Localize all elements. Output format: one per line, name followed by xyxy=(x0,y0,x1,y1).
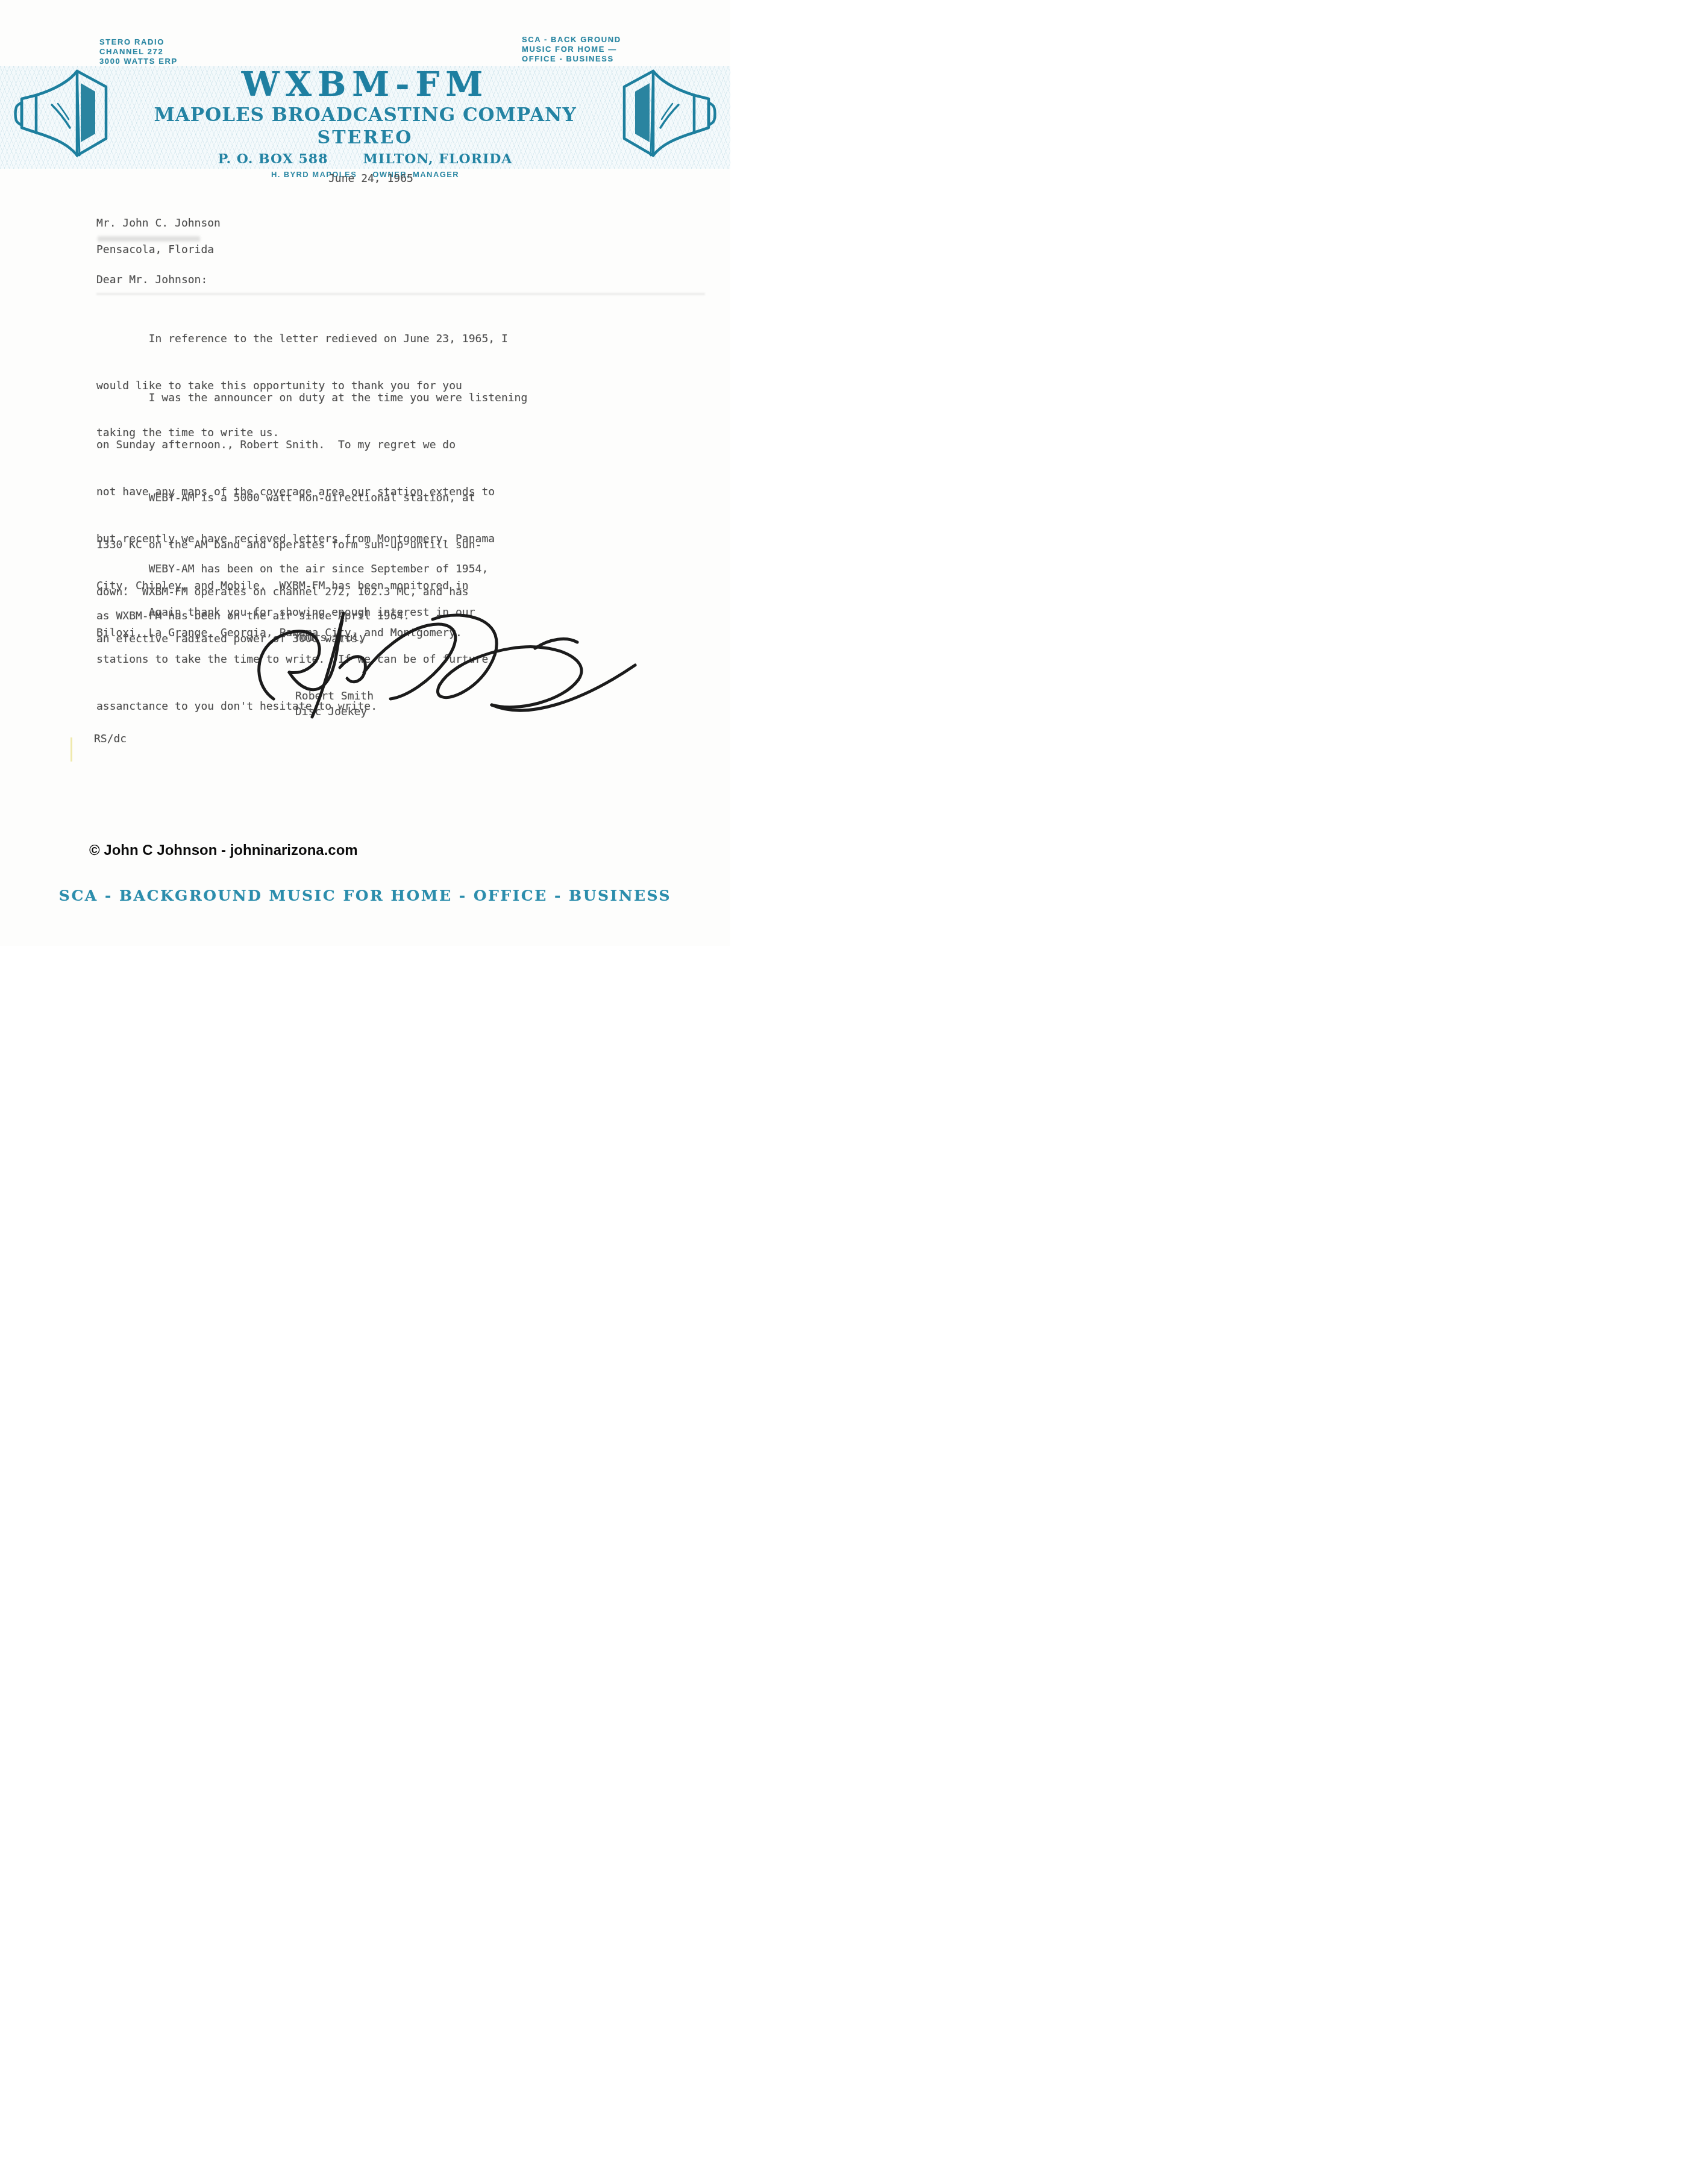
station-address: P. O. BOX 588MILTON, FLORIDA xyxy=(0,152,730,166)
recipient-city: Pensacola, Florida xyxy=(96,242,214,258)
scan-streak xyxy=(96,293,705,295)
letter-page: STERO RADIO CHANNEL 272 3000 WATTS ERP S… xyxy=(0,0,730,946)
handwritten-signature xyxy=(252,610,638,727)
stereo-label: STEREO xyxy=(0,128,730,148)
copyright-watermark: © John C Johnson - johninarizona.com xyxy=(89,842,358,859)
po-box: P. O. BOX 588 xyxy=(218,151,328,167)
letter-date: June 24, 1965 xyxy=(328,171,413,187)
letterhead-top-left: STERO RADIO CHANNEL 272 3000 WATTS ERP xyxy=(99,37,178,66)
salutation: Dear Mr. Johnson: xyxy=(96,272,207,288)
body-line: I was the announcer on duty at the time … xyxy=(96,390,527,406)
letterhead-center: WXBM-FM MAPOLES BROADCASTING COMPANY STE… xyxy=(0,66,730,179)
letterhead-left-line: 3000 WATTS ERP xyxy=(99,57,178,66)
reference-initials: RS/dc xyxy=(94,731,127,747)
body-line: WEBY-AM is a 5000 watt non-directional s… xyxy=(96,490,481,506)
letterhead-right-line: OFFICE - BUSINESS xyxy=(522,54,621,64)
station-title: WXBM-FM xyxy=(0,67,730,101)
recipient-name: Mr. John C. Johnson xyxy=(96,216,221,231)
footer-slogan: SCA - BACKGROUND MUSIC FOR HOME - OFFICE… xyxy=(0,887,730,904)
body-line: on Sunday afternoon., Robert Snith. To m… xyxy=(96,437,527,453)
erased-text-smudge xyxy=(98,236,200,242)
letterhead-right-line: SCA - BACK GROUND xyxy=(522,35,621,45)
letterhead-left-line: CHANNEL 272 xyxy=(99,47,178,57)
letterhead-left-line: STERO RADIO xyxy=(99,37,178,47)
letterhead-top-right: SCA - BACK GROUND MUSIC FOR HOME — OFFIC… xyxy=(522,35,621,64)
letterhead-right-line: MUSIC FOR HOME — xyxy=(522,45,621,54)
body-line: In reference to the letter redieved on J… xyxy=(96,331,508,347)
scan-artifact xyxy=(71,737,72,762)
company-name: MAPOLES BROADCASTING COMPANY xyxy=(0,105,730,125)
station-city: MILTON, FLORIDA xyxy=(363,151,513,167)
